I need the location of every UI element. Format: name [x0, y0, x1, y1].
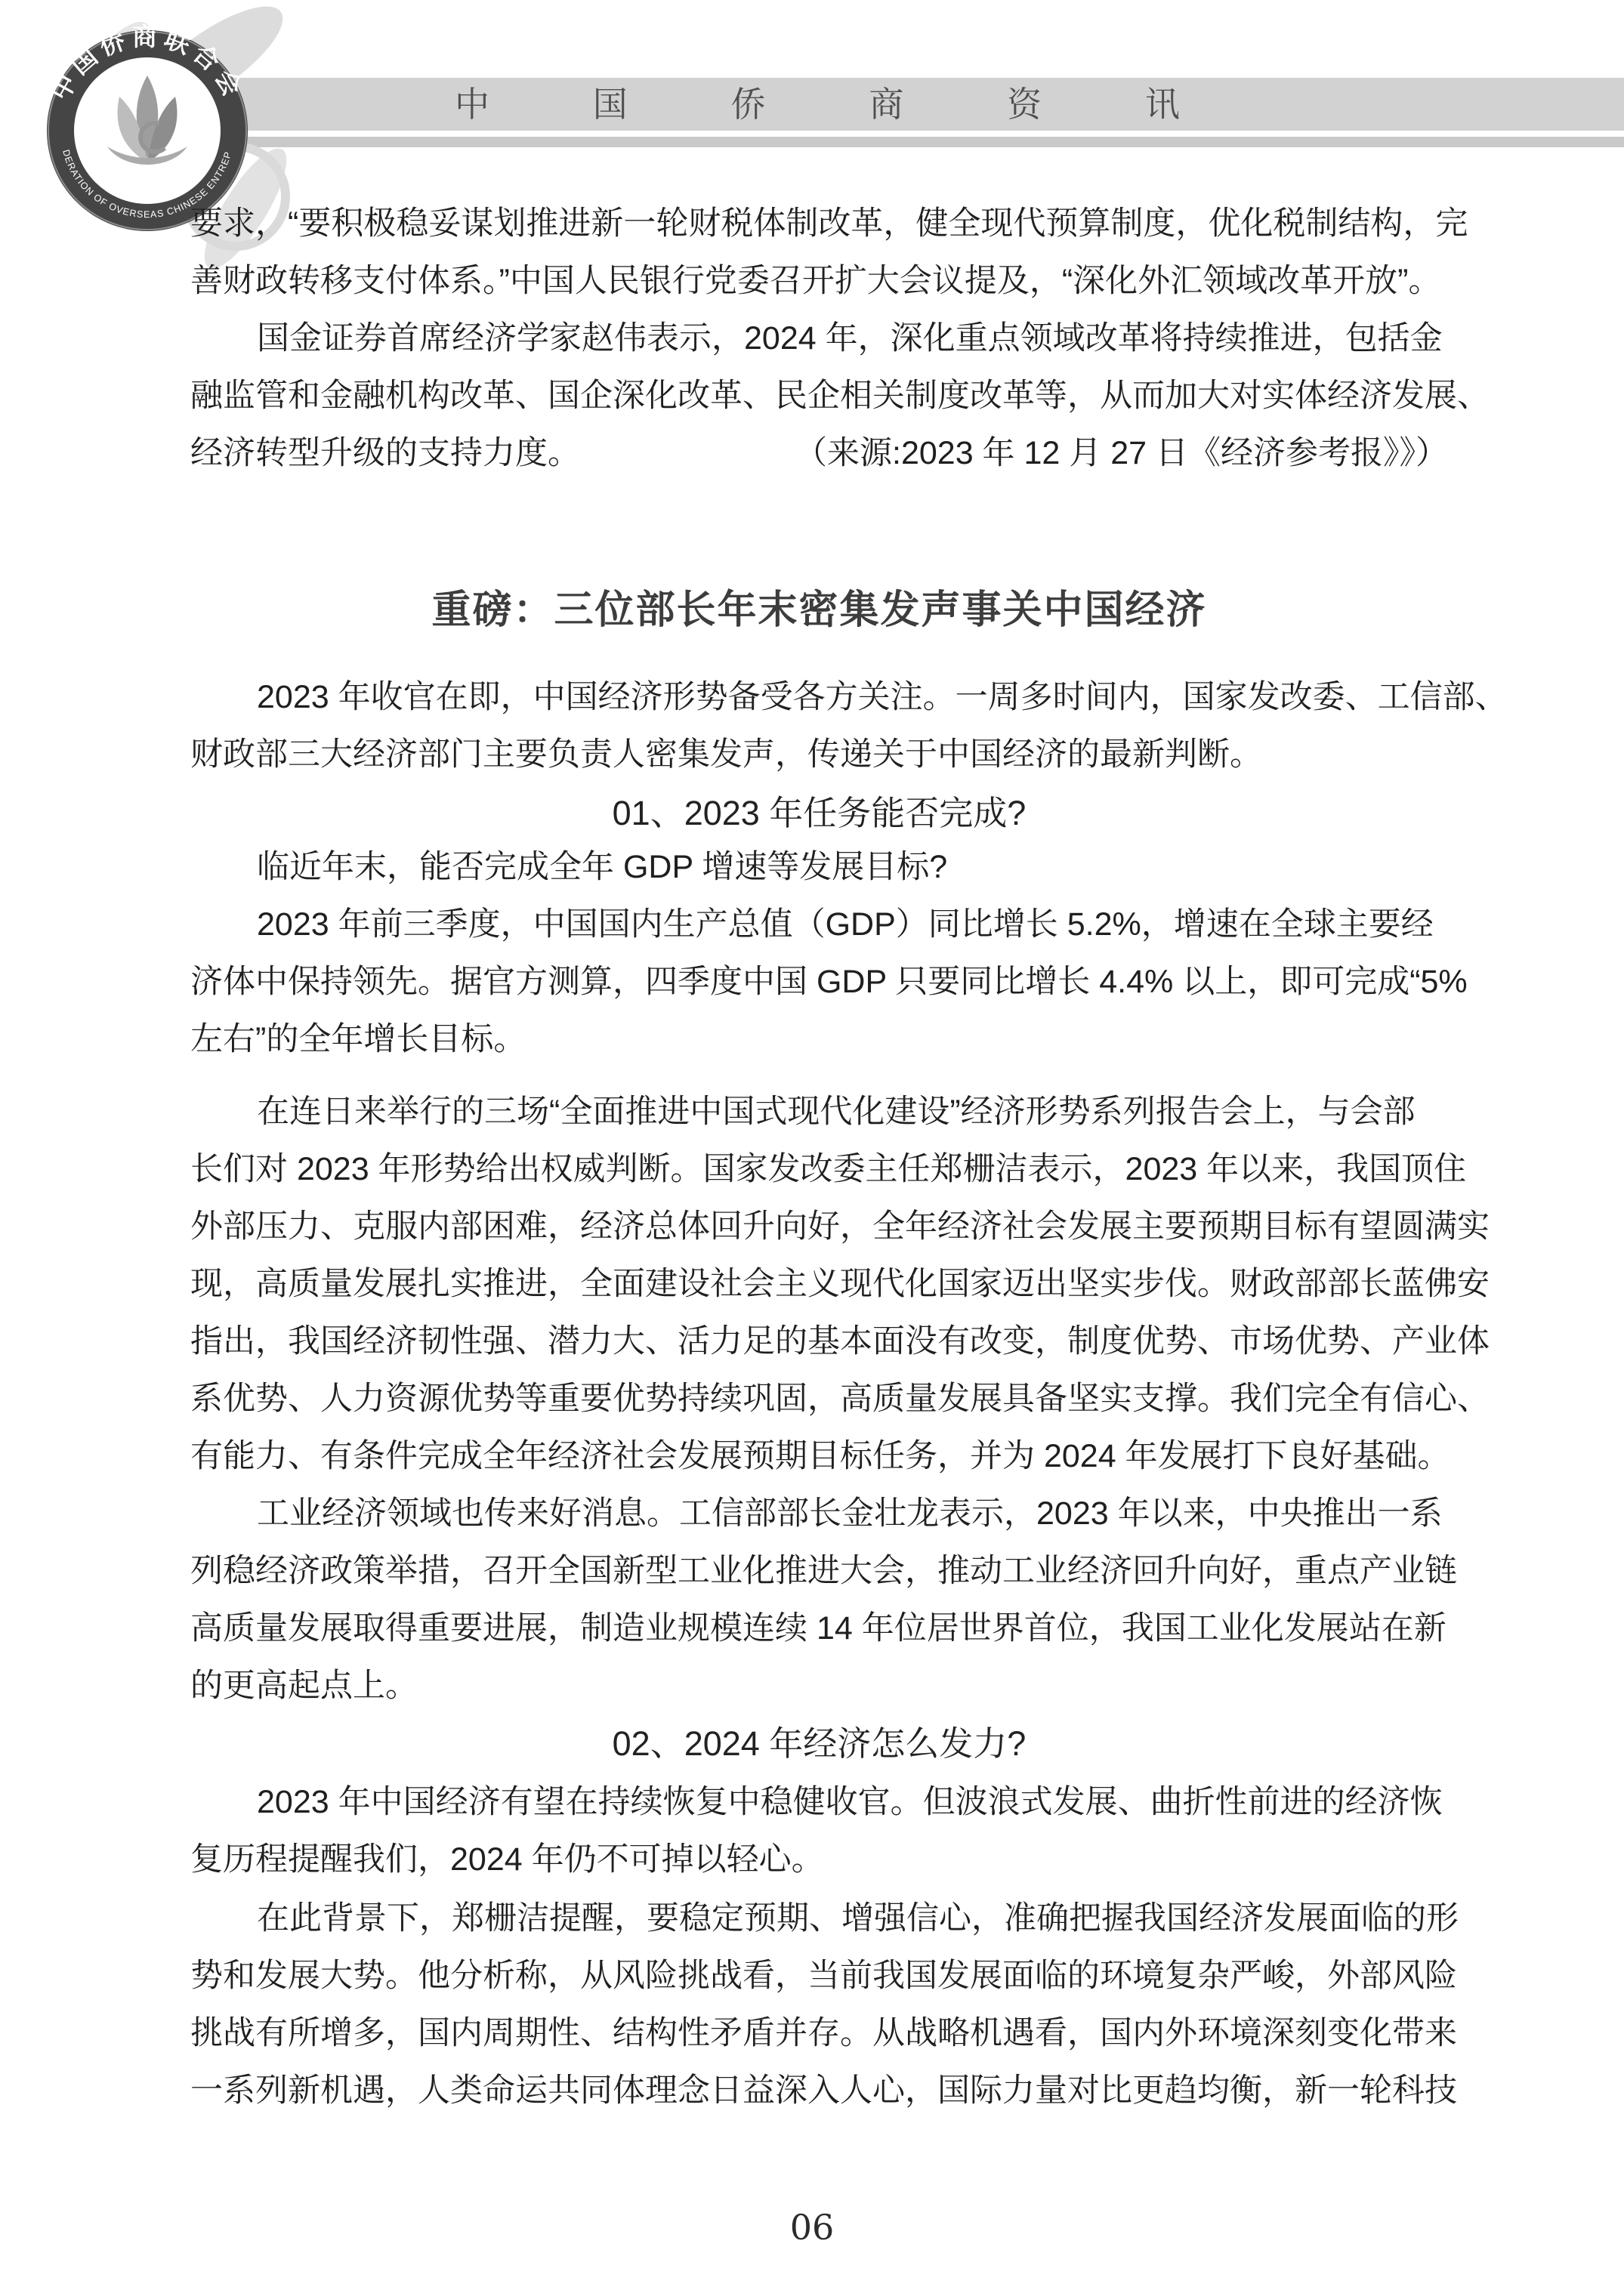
body-line: 一系列新机遇，人类命运共同体理念日益深入人心，国际力量对比更趋均衡，新一轮科技 — [190, 2062, 1448, 2119]
body-line: 的更高起点上。 — [190, 1657, 1448, 1714]
body-line: 要求，“要积极稳妥谋划推进新一轮财税体制改革，健全现代预算制度，优化税制结构，完 — [190, 195, 1448, 252]
header-banner-rule — [242, 137, 1624, 147]
header-banner: 中 国 侨 商 资 讯 — [198, 78, 1624, 131]
body-line: 复历程提醒我们，2024 年仍不可掉以轻心。 — [190, 1831, 1448, 1888]
body-line: 现，高质量发展扎实推进，全面建设社会主义现代化国家迈出坚实步伐。财政部部长蓝佛安 — [190, 1255, 1448, 1313]
document-page: 中 国 侨 商 资 讯 中国侨商联合会 CHINA FEDERATION OF … — [0, 0, 1624, 2293]
body-line: 左右”的全年增长目标。 — [190, 1011, 1448, 1068]
body-line: 2023 年收官在即，中国经济形势备受各方关注。一周多时间内，国家发改委、工信部… — [190, 668, 1448, 726]
page-number: 06 — [0, 2207, 1624, 2248]
body-line: 2023 年前三季度，中国国内生产总值（GDP）同比增长 5.2%，增速在全球主… — [190, 896, 1448, 953]
article-title: 重磅：三位部长年末密集发声事关中国经济 — [190, 578, 1448, 634]
body-line: 2023 年中国经济有望在持续恢复中稳健收官。但波浪式发展、曲折性前进的经济恢 — [190, 1773, 1448, 1831]
body-line: 国金证券首席经济学家赵伟表示，2024 年，深化重点领域改革将持续推进，包括金 — [190, 310, 1448, 367]
body-line: 在连日来举行的三场“全面推进中国式现代化建设”经济形势系列报告会上，与会部 — [190, 1083, 1448, 1140]
article1-paragraphs: 要求，“要积极稳妥谋划推进新一轮财税体制改革，健全现代预算制度，优化税制结构，完… — [190, 195, 1448, 482]
body-line: 挑战有所增多，国内周期性、结构性矛盾并存。从战略机遇看，国内外环境深刻变化带来 — [190, 2004, 1448, 2062]
body-line: 在此背景下，郑栅洁提醒，要稳定预期、增强信心，准确把握我国经济发展面临的形 — [190, 1890, 1448, 1947]
body-line: 系优势、人力资源优势等重要优势持续巩固，高质量发展具备坚实支撑。我们完全有信心、 — [190, 1370, 1448, 1427]
section1-paragraph1: 临近年末，能否完成全年 GDP 增速等发展目标? — [190, 838, 1448, 896]
section2-heading: 02、2024 年经济怎么发力? — [190, 1716, 1448, 1765]
body-line: 济体中保持领先。据官方测算，四季度中国 GDP 只要同比增长 4.4% 以上，即… — [190, 953, 1448, 1011]
section1-paragraph3: 在连日来举行的三场“全面推进中国式现代化建设”经济形势系列报告会上，与会部 长们… — [190, 1083, 1448, 1485]
article2-intro: 2023 年收官在即，中国经济形势备受各方关注。一周多时间内，国家发改委、工信部… — [190, 668, 1448, 783]
section1-paragraph2: 2023 年前三季度，中国国内生产总值（GDP）同比增长 5.2%，增速在全球主… — [190, 896, 1448, 1068]
body-line: 长们对 2023 年形势给出权威判断。国家发改委主任郑栅洁表示，2023 年以来… — [190, 1140, 1448, 1198]
body-line: 善财政转移支付体系。”中国人民银行党委召开扩大会议提及，“深化外汇领域改革开放”… — [190, 252, 1448, 310]
body-line: 势和发展大势。他分析称，从风险挑战看，当前我国发展面临的环境复杂严峻，外部风险 — [190, 1947, 1448, 2004]
body-line: 融监管和金融机构改革、国企深化改革、民企相关制度改革等，从而加大对实体经济发展、 — [190, 367, 1448, 424]
body-line: 有能力、有条件完成全年经济社会发展预期目标任务，并为 2024 年发展打下良好基… — [190, 1427, 1448, 1485]
body-line: 财政部三大经济部门主要负责人密集发声，传递关于中国经济的最新判断。 — [190, 726, 1448, 783]
body-line: 临近年末，能否完成全年 GDP 增速等发展目标? — [190, 838, 1448, 896]
body-line: 高质量发展取得重要进展，制造业规模连续 14 年位居世界首位，我国工业化发展站在… — [190, 1600, 1448, 1657]
section2-paragraph2: 在此背景下，郑栅洁提醒，要稳定预期、增强信心，准确把握我国经济发展面临的形 势和… — [190, 1890, 1448, 2119]
section1-heading: 01、2023 年任务能否完成? — [190, 785, 1448, 835]
section1-paragraph4: 工业经济领域也传来好消息。工信部部长金壮龙表示，2023 年以来，中央推出一系 … — [190, 1485, 1448, 1714]
source-citation: （来源:2023 年 12 月 27 日《经济参考报》》） — [795, 424, 1448, 482]
body-line-with-source: 经济转型升级的支持力度。 （来源:2023 年 12 月 27 日《经济参考报》… — [190, 424, 1448, 482]
body-line-text: 经济转型升级的支持力度。 — [190, 424, 580, 482]
body-line: 外部压力、克服内部困难，经济总体回升向好，全年经济社会发展主要预期目标有望圆满实 — [190, 1198, 1448, 1255]
body-line: 指出，我国经济韧性强、潜力大、活力足的基本面没有改变，制度优势、市场优势、产业体 — [190, 1313, 1448, 1370]
body-line: 工业经济领域也传来好消息。工信部部长金壮龙表示，2023 年以来，中央推出一系 — [190, 1485, 1448, 1542]
body-line: 列稳经济政策举措，召开全国新型工业化推进大会，推动工业经济回升向好，重点产业链 — [190, 1542, 1448, 1600]
newsletter-title: 中 国 侨 商 资 讯 — [455, 78, 1227, 131]
section2-paragraph1: 2023 年中国经济有望在持续恢复中稳健收官。但波浪式发展、曲折性前进的经济恢 … — [190, 1773, 1448, 1888]
